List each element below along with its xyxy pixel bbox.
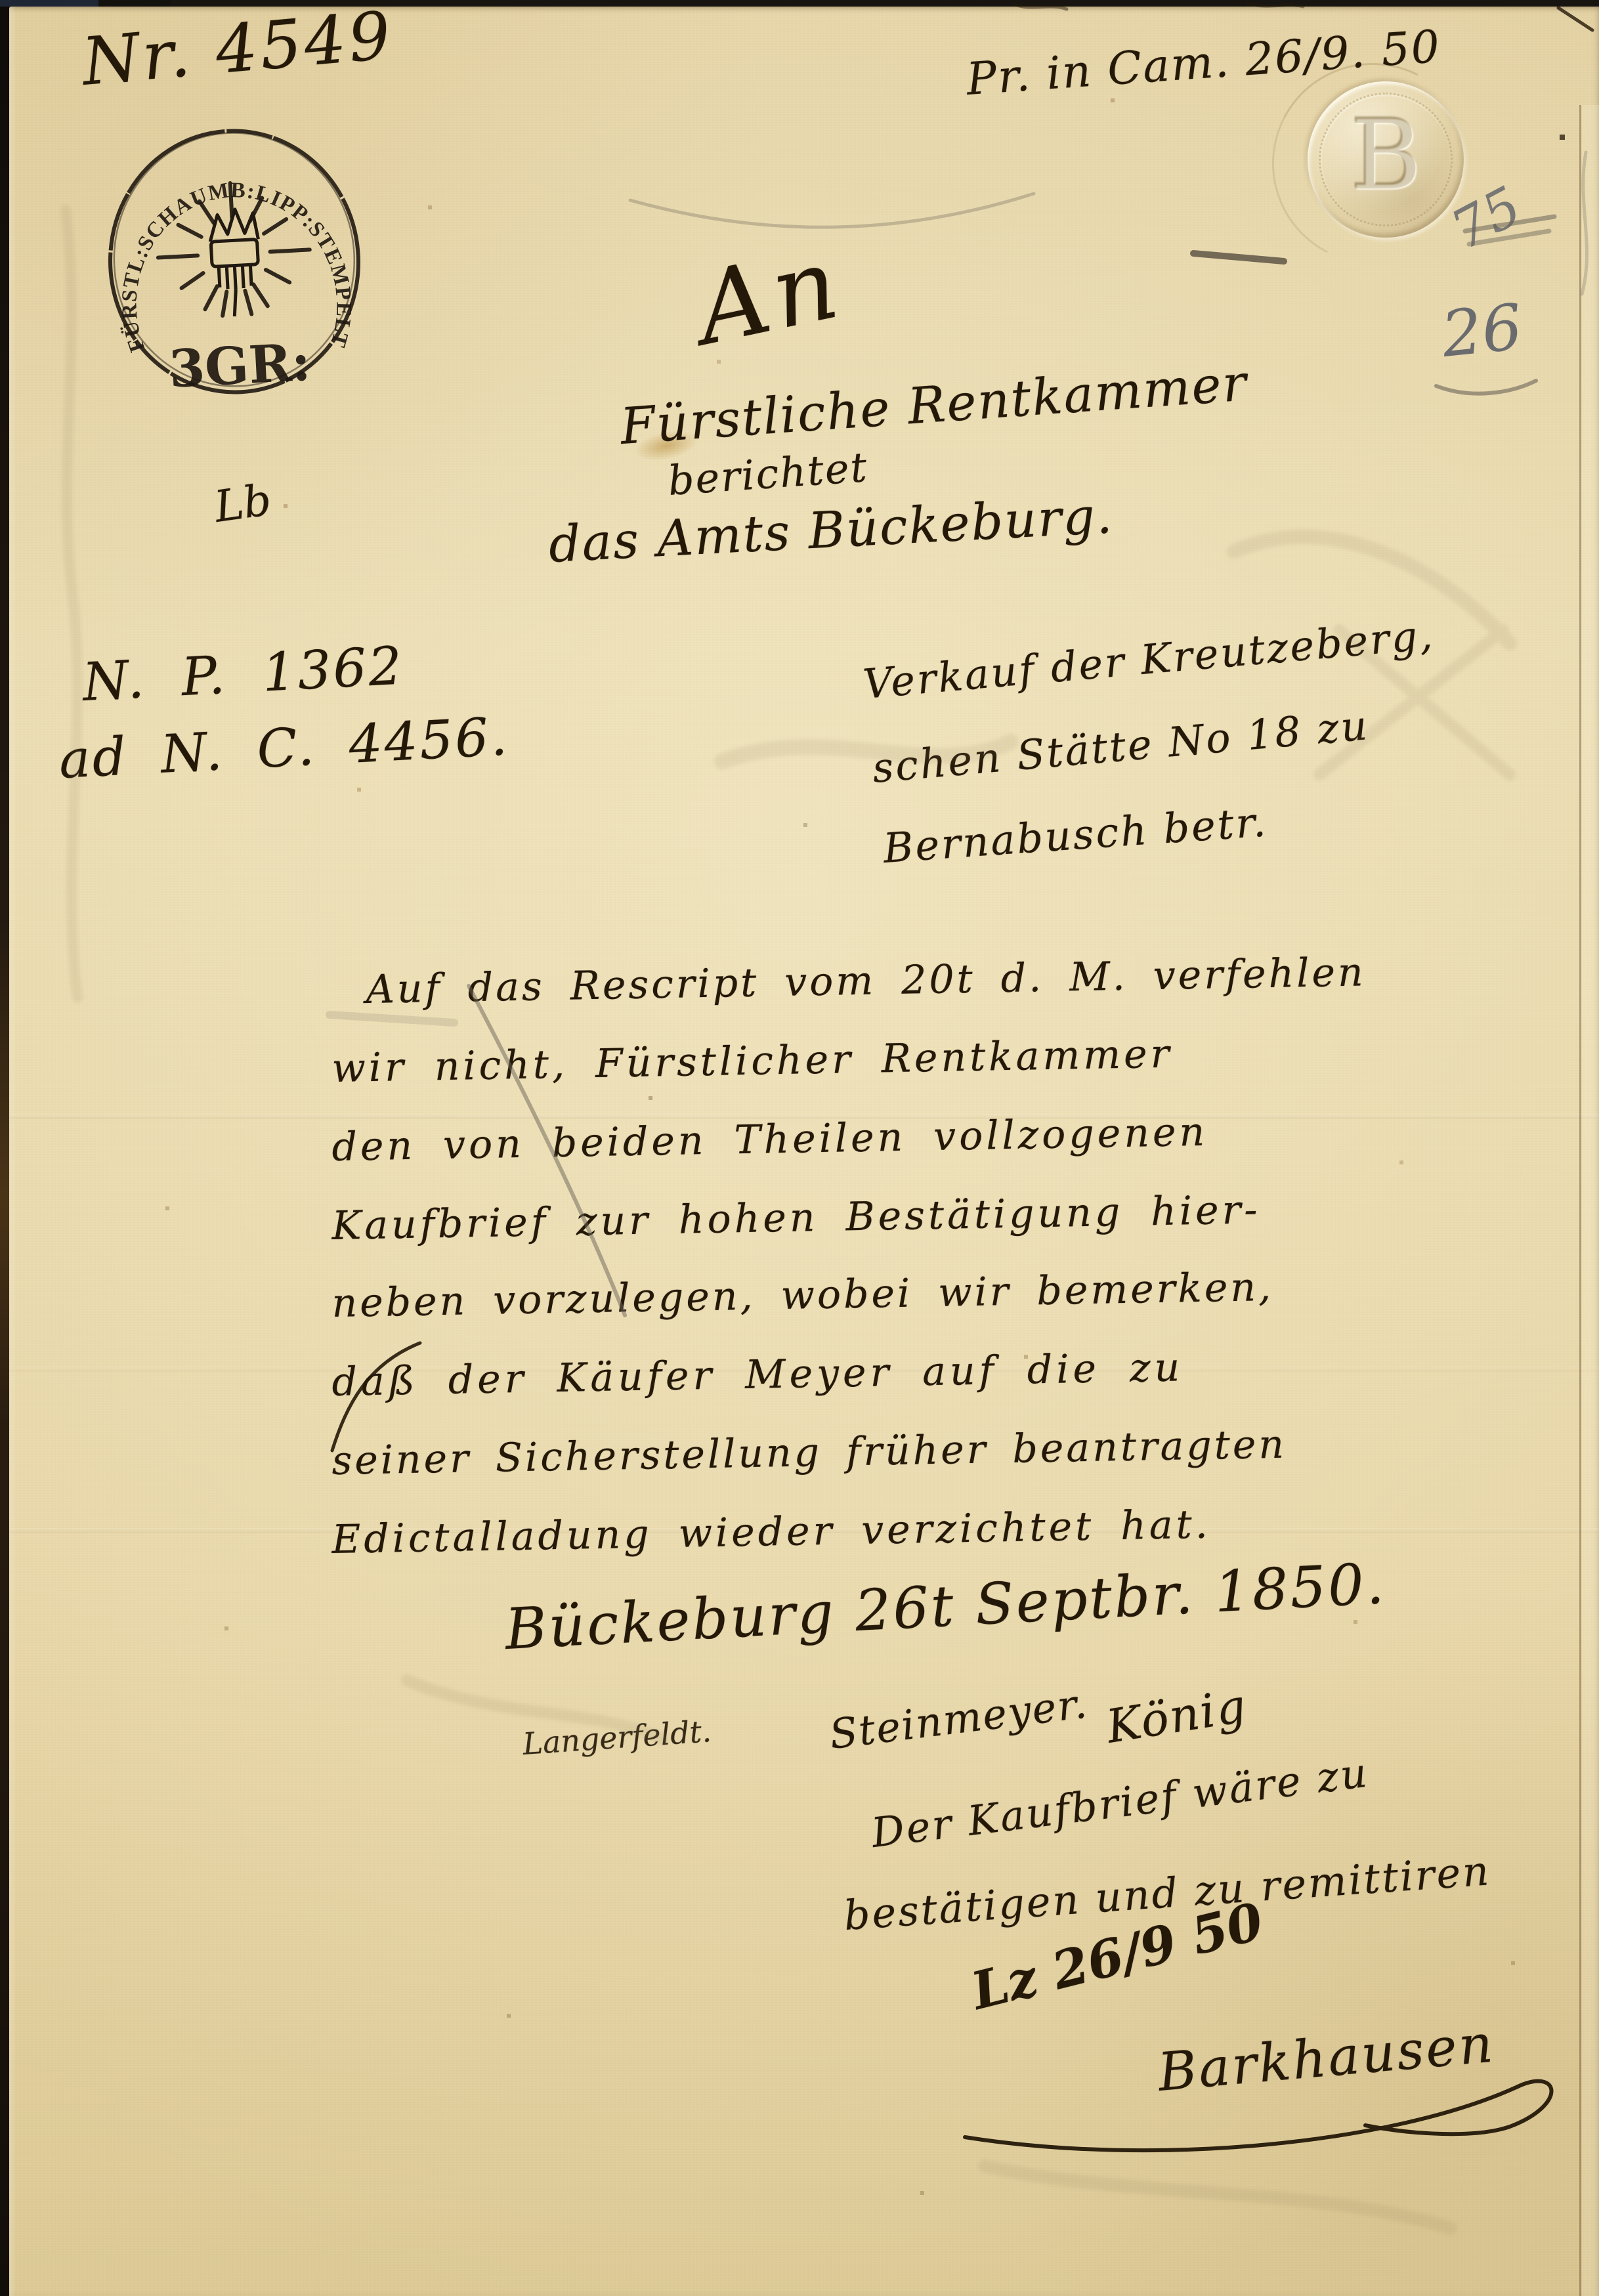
foxing-specks xyxy=(9,7,11,8)
pencil-folio-number: 26 xyxy=(1439,295,1525,366)
stamp-crown-icon xyxy=(209,208,263,317)
page-edge-band xyxy=(1582,105,1599,2296)
adjacent-page-edge-top xyxy=(0,0,1599,7)
embossed-seal-letter: B xyxy=(1350,98,1422,211)
embossed-seal: B xyxy=(1308,81,1464,238)
reference-number-1: N. P. 1362 xyxy=(81,639,405,709)
margin-paraph: Lb xyxy=(212,478,274,529)
page-edge-line xyxy=(1579,105,1581,2296)
revenue-stamp: FÜRSTL:SCHAUMB:LIPP:STEMPELTAXE xyxy=(95,118,373,406)
address-salutation: An xyxy=(689,233,851,360)
stamp-value: 3GR: xyxy=(167,332,312,400)
archival-letter-scan: B FÜRSTL:SCHAUMB:LIPP:STEMPELTAXE xyxy=(0,0,1599,2296)
